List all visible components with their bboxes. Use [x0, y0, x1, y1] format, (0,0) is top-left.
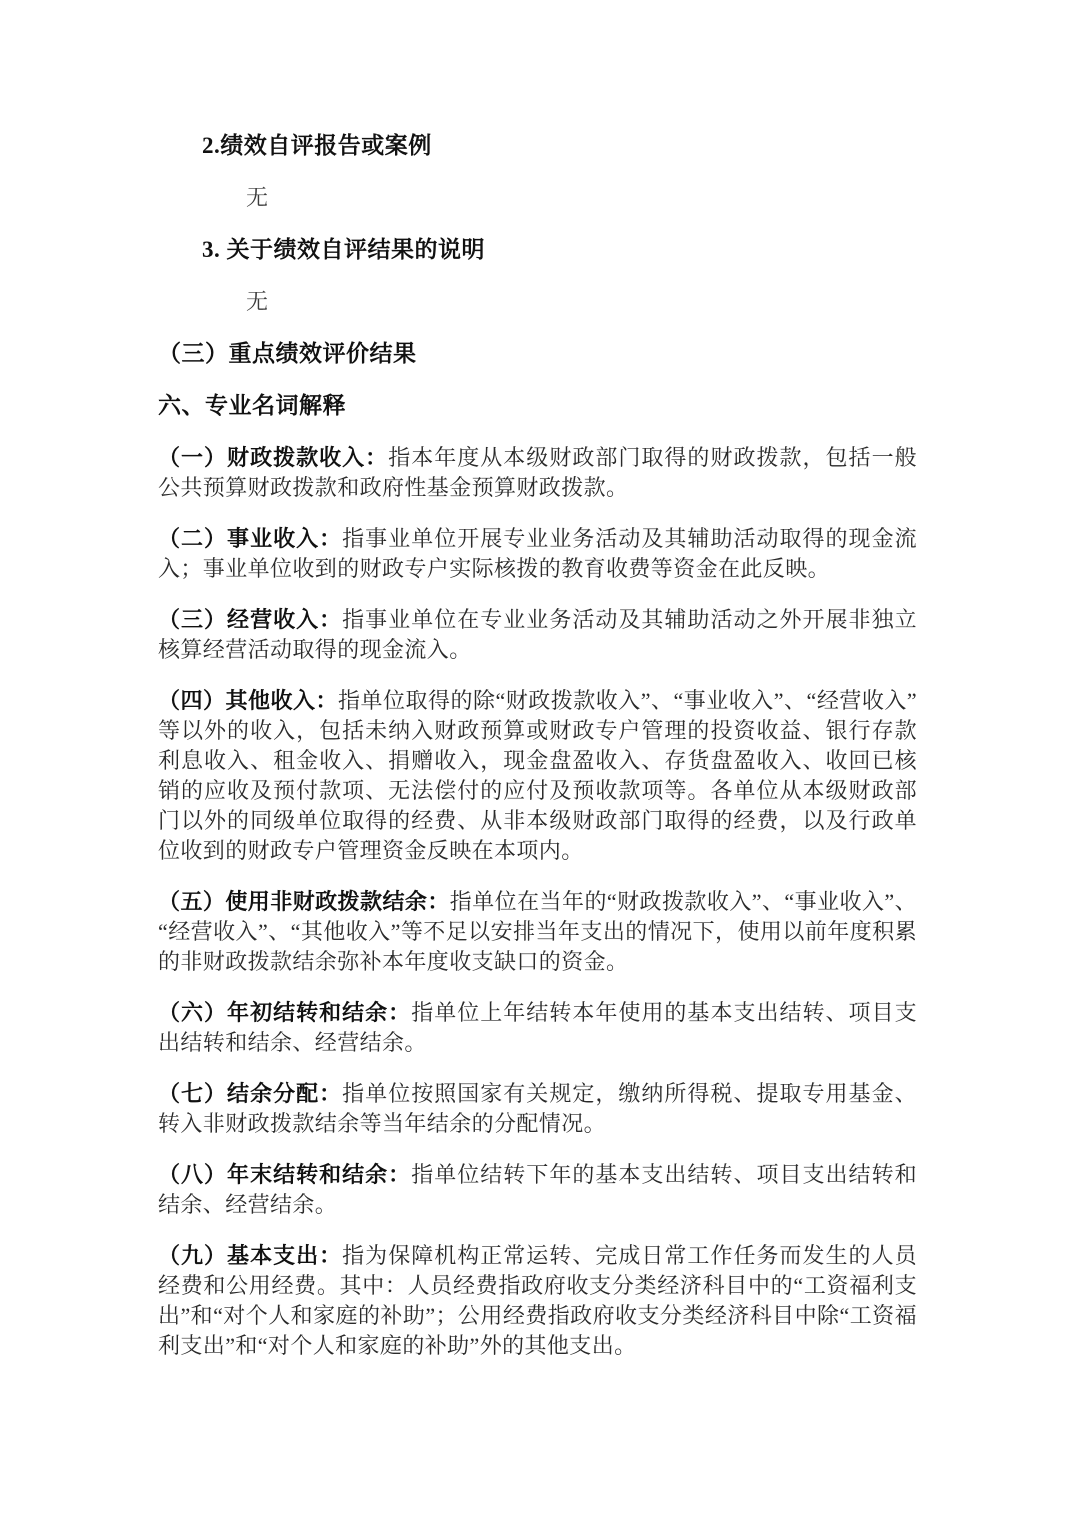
definition-paragraph: （三）经营收入：指事业单位在专业业务活动及其辅助活动之外开展非独立核算经营活动取…	[158, 605, 917, 665]
definition-paragraph: （二）事业收入：指事业单位开展专业业务活动及其辅助活动取得的现金流入；事业单位收…	[158, 524, 917, 584]
definition-term: （四）其他收入：	[158, 688, 338, 713]
definition-term: （六）年初结转和结余：	[158, 1000, 411, 1025]
document-page: 2.绩效自评报告或案例 无 3. 关于绩效自评结果的说明 无 （三）重点绩效评价…	[0, 0, 1075, 1521]
subsection-3-answer: 无	[246, 287, 917, 317]
definition-term: （七）结余分配：	[158, 1081, 342, 1106]
definition-term: （五）使用非财政拨款结余：	[158, 889, 450, 914]
definition-paragraph: （八）年末结转和结余：指单位结转下年的基本支出结转、项目支出结转和结余、经营结余…	[158, 1160, 917, 1220]
definition-term: （一）财政拨款收入：	[158, 445, 388, 470]
subsection-heading-3: 3. 关于绩效自评结果的说明	[202, 235, 917, 265]
chapter-heading-glossary: 六、专业名词解释	[158, 391, 917, 421]
definition-text: 指单位取得的除“财政拨款收入”、“事业收入”、“经营收入”等以外的收入，包括未纳…	[158, 688, 917, 863]
definition-term: （八）年末结转和结余：	[158, 1162, 411, 1187]
section-heading-key-evaluation-results: （三）重点绩效评价结果	[158, 339, 917, 369]
definition-paragraph: （六）年初结转和结余：指单位上年结转本年使用的基本支出结转、项目支出结转和结余、…	[158, 998, 917, 1058]
definition-term: （三）经营收入：	[158, 607, 342, 632]
definition-paragraph: （九）基本支出：指为保障机构正常运转、完成日常工作任务而发生的人员经费和公用经费…	[158, 1241, 917, 1361]
definition-paragraph: （四）其他收入：指单位取得的除“财政拨款收入”、“事业收入”、“经营收入”等以外…	[158, 686, 917, 866]
definition-term: （九）基本支出：	[158, 1243, 342, 1268]
definition-paragraph: （七）结余分配：指单位按照国家有关规定，缴纳所得税、提取专用基金、转入非财政拨款…	[158, 1079, 917, 1139]
subsection-2-answer: 无	[246, 183, 917, 213]
definition-paragraph: （五）使用非财政拨款结余：指单位在当年的“财政拨款收入”、“事业收入”、“经营收…	[158, 887, 917, 977]
definition-paragraph: （一）财政拨款收入：指本年度从本级财政部门取得的财政拨款，包括一般公共预算财政拨…	[158, 443, 917, 503]
definition-term: （二）事业收入：	[158, 526, 342, 551]
subsection-heading-2: 2.绩效自评报告或案例	[202, 131, 917, 161]
